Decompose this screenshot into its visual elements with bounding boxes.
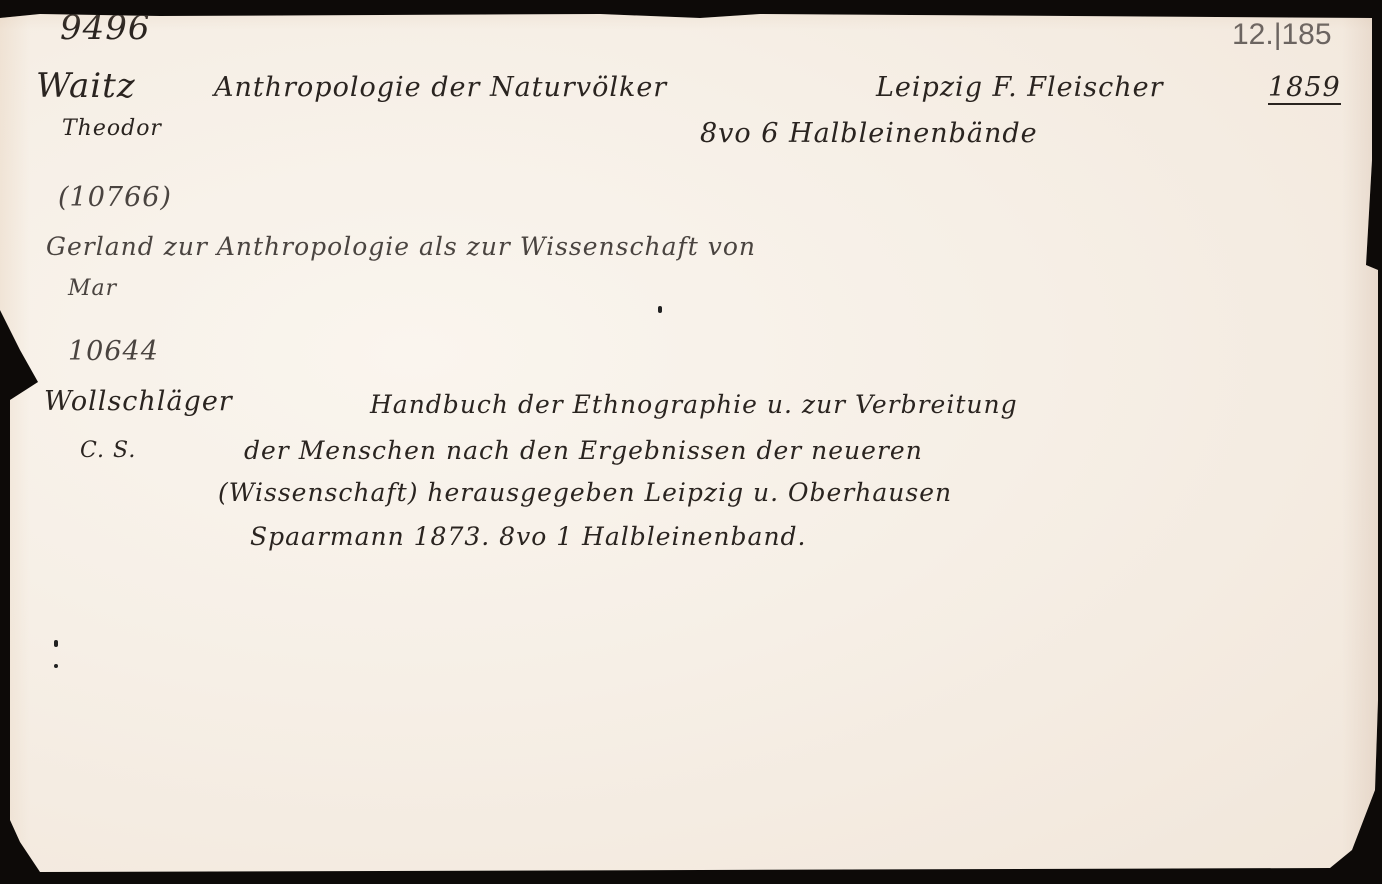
- ink-speck: [54, 640, 58, 647]
- accession-number-3: 10644: [68, 336, 159, 367]
- author-forename-3: C. S.: [80, 438, 136, 463]
- author-surname-3: Wollschläger: [44, 386, 233, 417]
- author-forename-1: Theodor: [62, 116, 162, 141]
- year-1: 1859: [1268, 72, 1341, 105]
- title-2-line-2: Mar: [68, 276, 117, 301]
- ink-speck: [658, 306, 662, 313]
- title-1: Anthropologie der Naturvölker: [214, 72, 667, 103]
- title-2-line-1: Gerland zur Anthropologie als zur Wissen…: [46, 232, 756, 261]
- author-surname-1: Waitz: [36, 66, 136, 106]
- catalog-card: 12.|185 9496 Waitz Anthropologie der Nat…: [0, 0, 1382, 884]
- publisher-1: Leipzig F. Fleischer: [876, 72, 1163, 103]
- accession-number-2: (10766): [58, 182, 172, 213]
- title-3-line-4: Spaarmann 1873. 8vo 1 Halbleinenband.: [250, 522, 807, 551]
- title-3-line-3: (Wissenschaft) herausgegeben Leipzig u. …: [218, 478, 952, 507]
- title-3-line-2: der Menschen nach den Ergebnissen der ne…: [244, 436, 923, 465]
- accession-number-1: 9496: [60, 8, 151, 48]
- ink-speck: [54, 664, 58, 668]
- shelf-mark: 12.|185: [1232, 18, 1332, 52]
- format-1: 8vo 6 Halbleinenbände: [700, 118, 1038, 149]
- document-scan: 12.|185 9496 Waitz Anthropologie der Nat…: [0, 0, 1382, 884]
- title-3-line-1: Handbuch der Ethnographie u. zur Verbrei…: [370, 390, 1018, 419]
